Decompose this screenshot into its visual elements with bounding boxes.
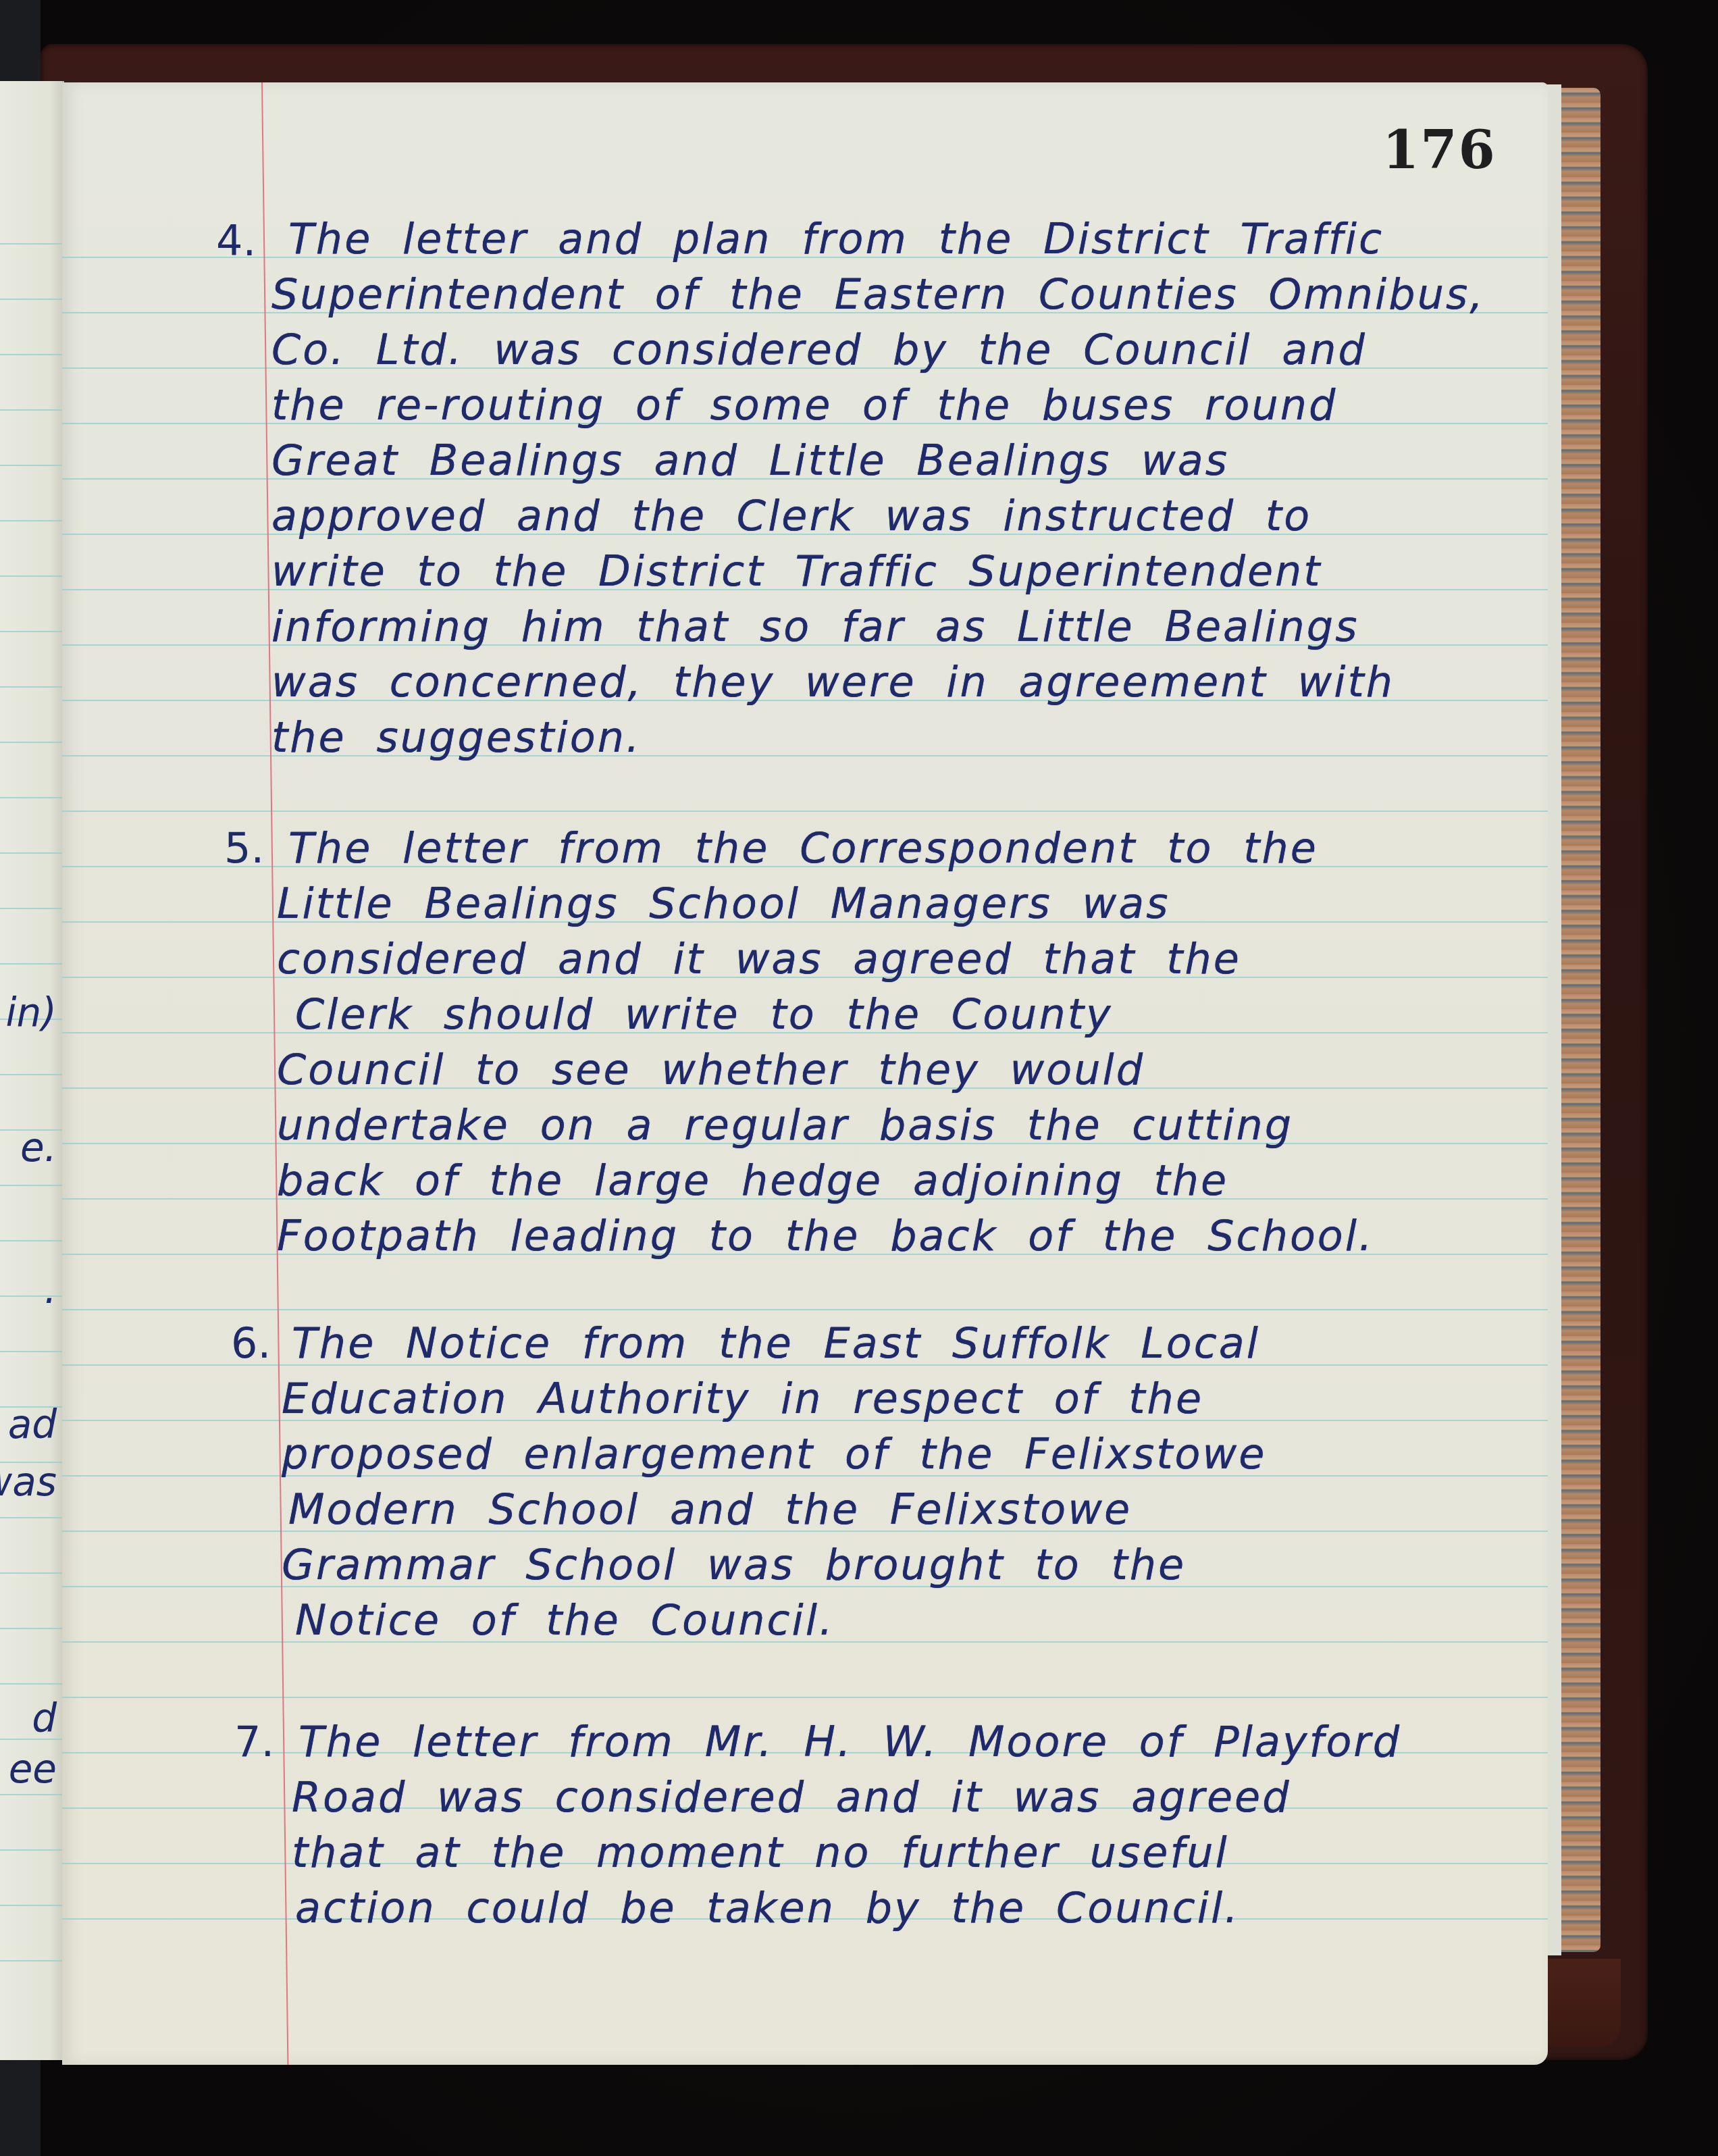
rule-line [0,1351,62,1352]
handwritten-line: The letter and plan from the District Tr… [288,214,1384,263]
item-number: 4. [216,216,256,265]
left-facing-page: in) e. . ad was d ee [0,81,64,2060]
page-number: 176 [1382,120,1496,181]
rule-line [0,1572,62,1574]
handwritten-line: Council to see whether they would [277,1045,1145,1094]
handwritten-line: The letter from Mr. H. W. Moore of Playf… [298,1717,1401,1766]
item-number: 5. [224,823,264,873]
rule-line [0,963,62,965]
rule-line [0,1683,62,1685]
rule-line [0,299,62,300]
handwritten-line: Notice of the Council. [295,1595,835,1645]
minute-book-page: 176 4. The letter and plan from the Dist… [62,82,1548,2065]
handwritten-line: the re-routing of some of the buses roun… [271,380,1337,430]
handwritten-line: The Notice from the East Suffolk Local [292,1318,1260,1368]
rule-line [0,686,62,688]
handwritten-line: Superintendent of the Eastern Counties O… [271,269,1485,319]
handwritten-line: the suggestion. [271,713,642,762]
rule-line [0,1849,62,1851]
rule-line [0,908,62,909]
handwritten-line: Education Authority in respect of the [282,1374,1203,1423]
left-page-text-fragment: d [32,1695,57,1741]
rule-line [0,465,62,466]
rule-line [0,797,62,798]
rule-line [0,409,62,411]
handwritten-line: Clerk should write to the County [295,990,1113,1039]
rule-line [0,1905,62,1906]
handwritten-line: Little Bealings School Managers was [277,879,1170,928]
rule-line [0,354,62,355]
handwritten-line: was concerned, they were in agreement wi… [271,657,1395,707]
handwritten-line: back of the large hedge adjoining the [277,1156,1228,1205]
item-number: 6. [231,1318,271,1368]
rule-line [0,631,62,632]
rule-line [0,575,62,577]
handwritten-line: that at the moment no further useful [292,1828,1229,1877]
handwritten-line: considered and it was agreed that the [277,934,1241,983]
left-page-text-fragment: ad [8,1402,57,1447]
handwritten-line: proposed enlargement of the Felixstowe [282,1429,1266,1479]
left-page-text-fragment: was [0,1459,57,1505]
left-page-text-fragment: in) [5,990,57,1035]
handwritten-line: Road was considered and it was agreed [292,1772,1291,1822]
rule-line [62,1697,1548,1698]
handwritten-line: Co. Ltd. was considered by the Council a… [271,325,1367,374]
handwritten-line: write to the District Traffic Superinten… [271,546,1322,596]
rule-line [0,1185,62,1186]
left-page-text-fragment: ee [9,1746,57,1792]
item-number: 7. [234,1717,274,1766]
rule-line [62,811,1548,812]
left-page-text-fragment: . [45,1266,57,1312]
rule-line [0,1074,62,1075]
rule-line [0,1794,62,1795]
rule-line [0,742,62,743]
rule-line [62,1309,1548,1310]
handwritten-line: action could be taken by the Council. [295,1883,1240,1932]
handwritten-line: Modern School and the Felixstowe [288,1485,1132,1534]
handwritten-line: approved and the Clerk was instructed to [271,491,1311,540]
handwritten-line: informing him that so far as Little Beal… [271,602,1359,651]
handwritten-line: The letter from the Correspondent to the [288,823,1318,873]
rule-line [0,1628,62,1629]
rule-line [0,243,62,245]
rule-line [0,1240,62,1241]
handwritten-line: Grammar School was brought to the [282,1540,1186,1589]
rule-line [0,852,62,854]
handwritten-line: Footpath leading to the back of the Scho… [277,1211,1374,1260]
rule-line [0,520,62,521]
handwritten-line: Great Bealings and Little Bealings was [271,436,1229,485]
left-page-text-fragment: e. [20,1125,57,1171]
rule-line [0,1960,62,1961]
handwritten-line: undertake on a regular basis the cutting [277,1100,1293,1150]
rule-line [0,1517,62,1518]
